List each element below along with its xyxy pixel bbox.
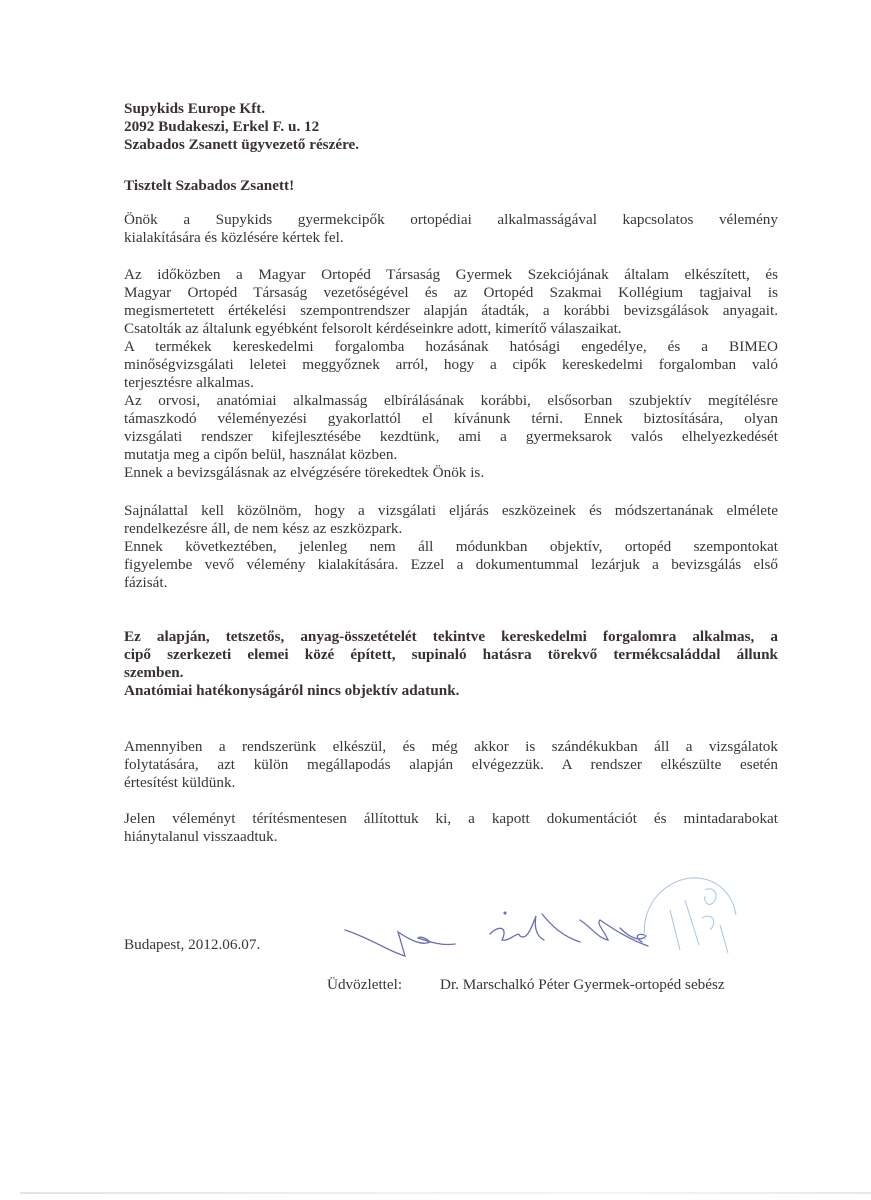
text-line: hiánytalanul visszaadtuk. [124,828,778,846]
text-line: Amennyiben a rendszerünk elkészül, és mé… [124,738,778,756]
recipient-street: 2092 Budakeszi, Erkel F. u. 12 [124,118,778,136]
text-line: Ennek a bevizsgálásnak az elvégzésére tö… [124,464,778,482]
text-line: támaszkodó véleményezési gyakorlattól el… [124,410,778,428]
text-line: kialakítására és közlésére kértek fel. [124,229,778,247]
text-line: Ez alapján, tetszetős, anyag-összetételé… [124,628,778,646]
text-line: értesítést küldünk. [124,774,778,792]
text-line: fázisát. [124,574,778,592]
recipient-attention: Szabados Zsanett ügyvezető részére. [124,136,778,154]
text-line: rendelkezésre áll, de nem kész az eszköz… [124,520,778,538]
text-line: terjesztésre alkalmas. [124,374,778,392]
text-line: minőségvizsgálati leletei meggyőznek arr… [124,356,778,374]
text-line: Csatolták az általunk egyébként felsorol… [124,320,778,338]
paragraph-future: Amennyiben a rendszerünk elkészül, és mé… [124,738,778,792]
text-line: megismertetett értékelési szempontrendsz… [124,302,778,320]
text-line: vizsgálati rendszer kifejlesztésébe kezd… [124,428,778,446]
paragraph-conclusion: Ez alapján, tetszetős, anyag-összetételé… [124,628,778,700]
text-line: Ennek következtében, jelenleg nem áll mó… [124,538,778,556]
text-line: figyelembe vevő vélemény kialakítására. … [124,556,778,574]
recipient-address: Supykids Europe Kft. 2092 Budakeszi, Erk… [124,100,778,154]
text-line: Az időközben a Magyar Ortopéd Társaság G… [124,266,778,284]
paragraph-request: Önök a Supykids gyermekcipők ortopédiai … [124,211,778,247]
text-line: mutatja meg a cipőn belül, használat köz… [124,446,778,464]
place-and-date: Budapest, 2012.06.07. [124,936,260,954]
text-line: A termékek kereskedelmi forgalomba hozás… [124,338,778,356]
signer-name: Dr. Marschalkó Péter Gyermek-ortopéd seb… [440,976,725,994]
official-stamp [630,870,740,975]
text-line: Jelen véleményt térítésmentesen állított… [124,810,778,828]
closing-greeting: Üdvözlettel: [327,976,402,994]
scan-edge-line [20,1192,871,1194]
text-line: Önök a Supykids gyermekcipők ortopédiai … [124,211,778,229]
text-line: Magyar Ortopéd Társaság vezetőségével és… [124,284,778,302]
text-line: folytatására, azt külön megállapodás ala… [124,756,778,774]
salutation: Tisztelt Szabados Zsanett! [124,177,778,195]
text-line: Az orvosi, anatómiai alkalmasság elbírál… [124,392,778,410]
text-line: Anatómiai hatékonyságáról nincs objektív… [124,682,778,700]
letter-page: Supykids Europe Kft. 2092 Budakeszi, Erk… [0,0,871,1200]
recipient-company: Supykids Europe Kft. [124,100,778,118]
text-line: Sajnálattal kell közölnöm, hogy a vizsgá… [124,502,778,520]
paragraph-free-of-charge: Jelen véleményt térítésmentesen állított… [124,810,778,846]
text-line: cipő szerkezeti elemei közé épített, sup… [124,646,778,664]
text-line: szemben. [124,664,778,682]
paragraph-status: Sajnálattal kell közölnöm, hogy a vizsgá… [124,502,778,592]
paragraph-evaluation: Az időközben a Magyar Ortopéd Társaság G… [124,266,778,482]
handwritten-signature [330,880,660,960]
